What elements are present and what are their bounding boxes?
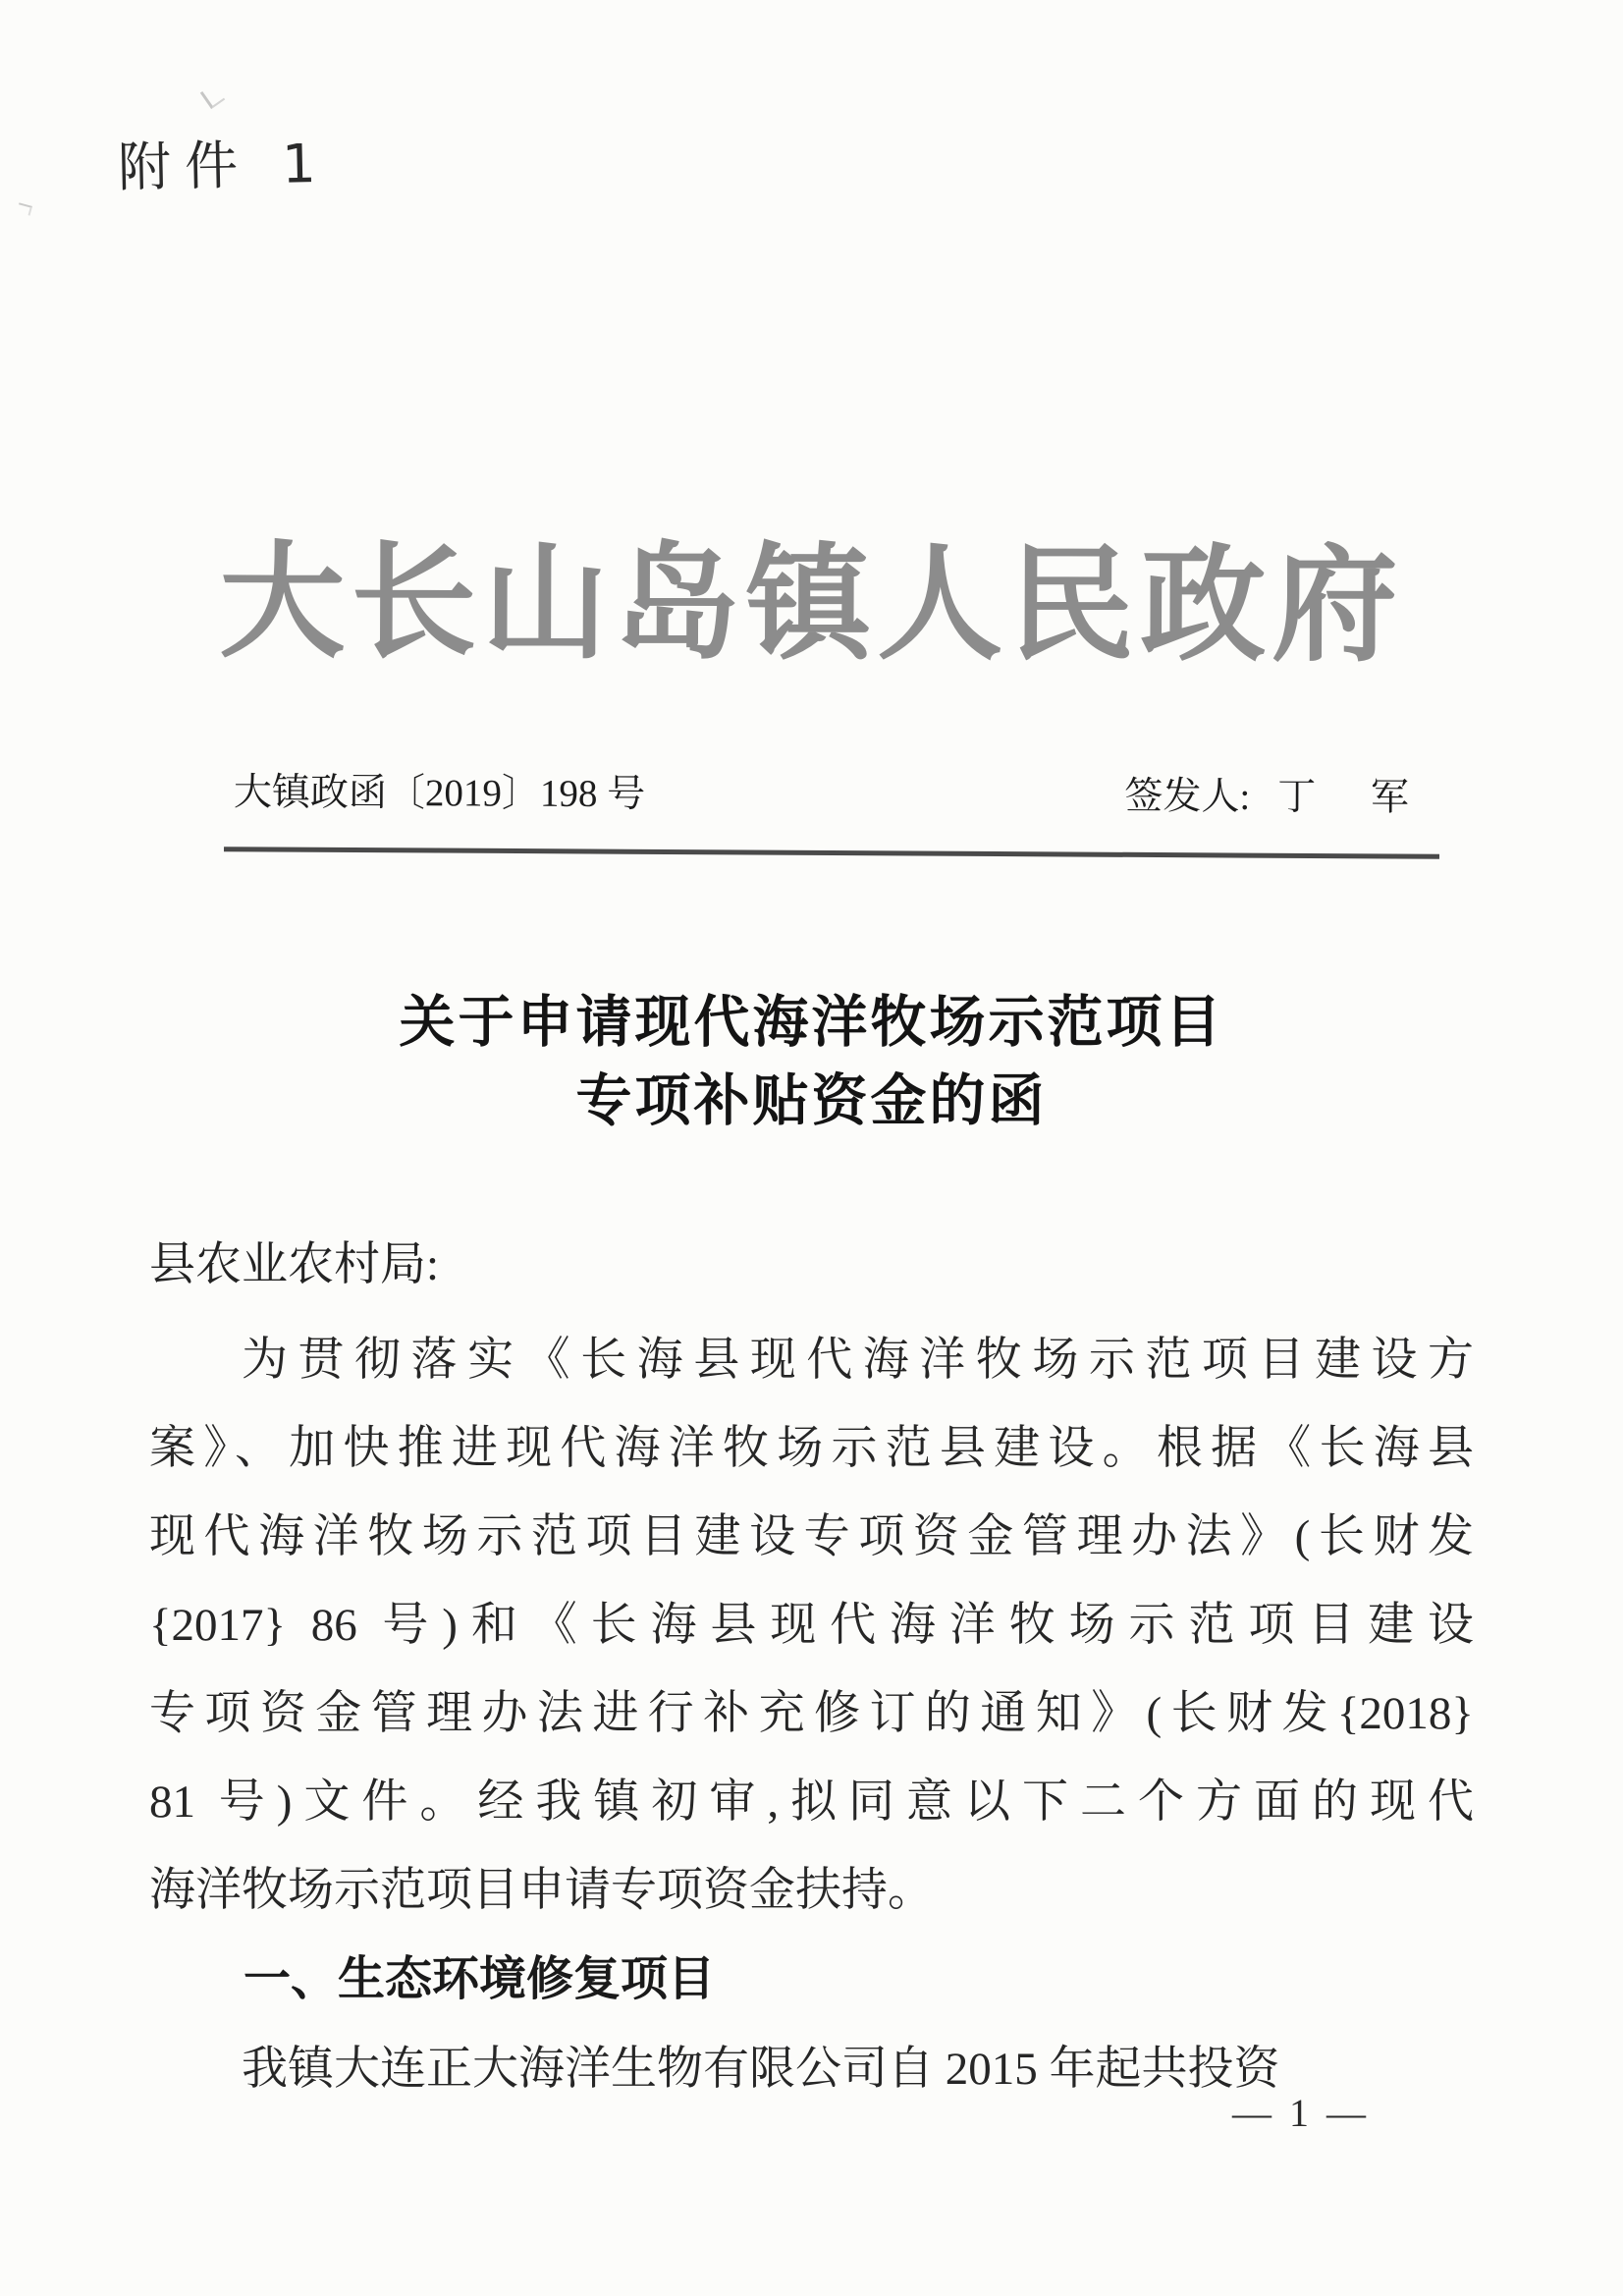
salutation: 县农业农村局: (149, 1230, 1474, 1300)
document-meta-row: 大镇政函〔2019〕198 号 签发人:丁 军 (234, 761, 1409, 821)
body-line: 为贯彻落实《长海县现代海洋牧场示范项目建设方 (149, 1316, 1474, 1404)
body-line: 专项资金管理办法进行补充修订的通知》(长财发{2018} (149, 1669, 1474, 1758)
body-line: 81 号)文件。经我镇初审,拟同意以下二个方面的现代 (149, 1758, 1474, 1846)
body-line: {2017} 86 号)和《长海县现代海洋牧场示范项目建设 (149, 1581, 1474, 1669)
header-divider-rule (224, 847, 1439, 859)
agency-header: 大长山岛镇人民政府 (0, 500, 1623, 686)
issuer-label: 签发人: (1124, 775, 1250, 818)
document-body: 县农业农村局: 为贯彻落实《长海县现代海洋牧场示范项目建设方 案》、加快推进现代… (149, 1230, 1474, 2113)
attachment-label: 附件 1 (117, 122, 330, 201)
body-line: 海洋牧场示范项目申请专项资金扶持。 (149, 1846, 1474, 1935)
issuer: 签发人:丁 军 (1124, 765, 1409, 821)
page-number: — 1 — (1232, 2090, 1370, 2136)
section-heading-ecological-restoration: 一、生态环境修复项目 (149, 1935, 1474, 2025)
scanned-document-page: 附件 1 大长山岛镇人民政府 大镇政函〔2019〕198 号 签发人:丁 军 关… (0, 0, 1623, 2296)
document-title-line1: 关于申请现代海洋牧场示范项目 (0, 984, 1623, 1063)
document-title-line2: 专项补贴资金的函 (0, 1063, 1623, 1141)
document-number: 大镇政函〔2019〕198 号 (234, 761, 646, 818)
issuer-name: 丁 军 (1277, 776, 1409, 819)
document-title: 关于申请现代海洋牧场示范项目 专项补贴资金的函 (0, 984, 1623, 1141)
scan-artifact (200, 83, 225, 109)
body-line: 现代海洋牧场示范项目建设专项资金管理办法》(长财发 (149, 1493, 1474, 1581)
body-line: 案》、加快推进现代海洋牧场示范县建设。根据《长海县 (149, 1404, 1474, 1493)
scan-artifact (17, 202, 32, 215)
